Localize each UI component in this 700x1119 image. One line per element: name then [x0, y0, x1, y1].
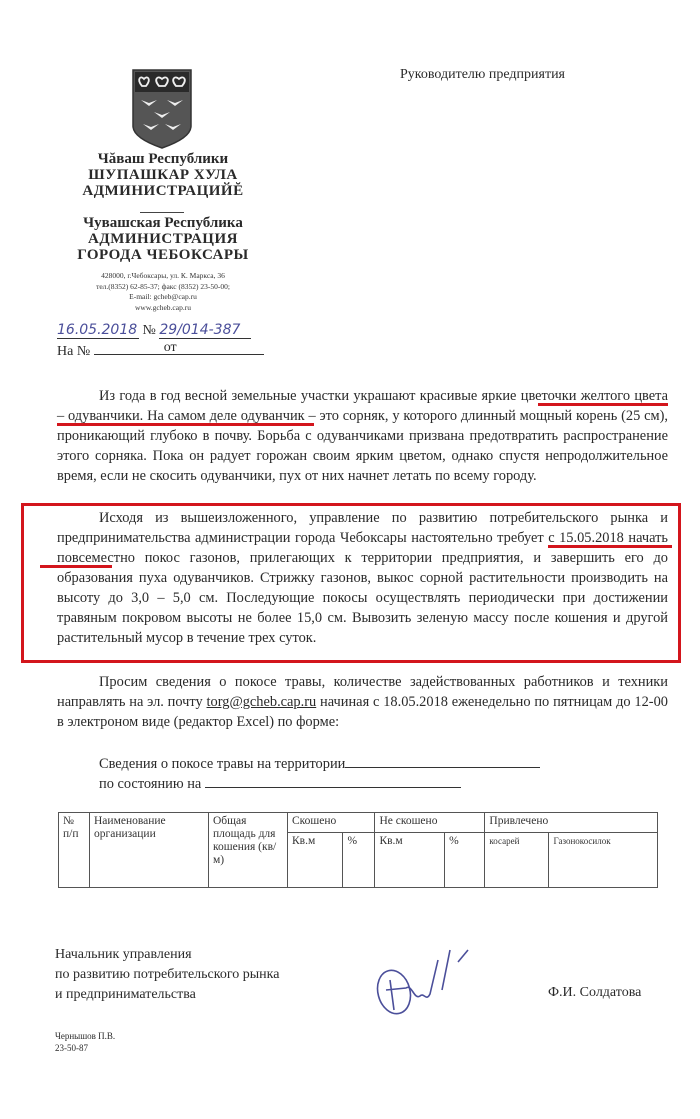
highlight-underline [57, 423, 314, 426]
sub-sqm: Кв.м [288, 833, 343, 888]
header-divider [140, 212, 184, 213]
paragraph-3: Просим сведения о покосе травы, количест… [57, 672, 668, 732]
address: 428000, г.Чебоксары, ул. К. Маркса, 36 [60, 271, 266, 282]
executor: Чернышов П.В. 23-50-87 [55, 1030, 115, 1054]
russian-republic: Чувашская Республика [40, 216, 286, 232]
territory-label: Сведения о покосе травы на территории [99, 756, 345, 772]
signatory-title: Начальник управления по развитию потреби… [55, 945, 279, 1005]
executor-phone: 23-50-87 [55, 1042, 115, 1054]
chuvash-admin: АДМИНИСТРАЦИЙĔ [40, 184, 286, 200]
email: E-mail: gcheb@cap.ru [60, 292, 266, 303]
sub-mowers: косарей [485, 833, 549, 888]
paragraph-2: Исходя из вышеизложенного, управление по… [57, 508, 668, 648]
sub-sqm: Кв.м [375, 833, 445, 888]
p2-highlight: настоятельно требует [411, 530, 543, 546]
registration-line: 16.05.2018 № 29/014-387 [57, 322, 251, 339]
form-line-date: по состоянию на [99, 773, 461, 793]
title-line-2: по развитию потребительского рынка [55, 965, 279, 985]
executor-name: Чернышов П.В. [55, 1030, 115, 1042]
title-line-3: и предпринимательства [55, 985, 279, 1005]
email-link[interactable]: torg@gcheb.cap.ru [207, 694, 317, 710]
letterhead-contacts: 428000, г.Чебоксары, ул. К. Маркса, 36 т… [60, 271, 266, 313]
p1-text-end: . На самом деле одуванчик – это сорняк, … [57, 408, 668, 484]
number-label: № [143, 323, 156, 338]
col-involved: Привлечено [485, 813, 658, 833]
sub-pct: % [445, 833, 485, 888]
col-not-mowed: Не скошено [375, 813, 485, 833]
coat-of-arms-icon [131, 68, 193, 150]
col-area: Общая площадь для кошения (кв/м) [209, 813, 288, 888]
chuvash-republic: Чăваш Республики [40, 152, 286, 168]
phone: тел.(8352) 62-85-37; факс (8352) 23-50-0… [60, 282, 266, 293]
recipient: Руководителю предприятия [400, 67, 565, 83]
ref-label: На № [57, 344, 90, 359]
russian-admin: АДМИНИСТРАЦИЯ [40, 232, 286, 248]
handwritten-signature-icon [372, 940, 472, 1025]
russian-city: ГОРОДА ЧЕБОКСАРЫ [40, 248, 286, 264]
mowing-report-table: № п/п Наименование организации Общая пло… [58, 812, 658, 888]
signatory-name: Ф.И. Солдатова [548, 985, 641, 1001]
letterhead-russian: Чувашская Республика АДМИНИСТРАЦИЯ ГОРОД… [40, 216, 286, 263]
col-num: № п/п [59, 813, 90, 888]
letterhead-chuvash: Чăваш Республики ШУПАШКАР ХУЛА АДМИНИСТР… [40, 152, 286, 199]
as-of-label: по состоянию на [99, 776, 201, 792]
sub-lawnmowers: Газонокосилок [549, 833, 658, 888]
registration-number: 29/014-387 [159, 322, 251, 339]
form-line-territory: Сведения о покосе травы на территории [99, 753, 540, 773]
website: www.gcheb.cap.ru [60, 303, 266, 314]
from-label: от [164, 340, 177, 356]
col-org: Наименование организации [90, 813, 209, 888]
reference-line: На № от [57, 340, 264, 360]
registration-date: 16.05.2018 [57, 322, 139, 339]
chuvash-city: ШУПАШКАР ХУЛА [40, 168, 286, 184]
p1-text-start: Из года в год весной земельные участки у… [99, 388, 420, 404]
title-line-1: Начальник управления [55, 945, 279, 965]
highlight-underline [40, 565, 112, 568]
col-mowed: Скошено [288, 813, 375, 833]
sub-pct: % [343, 833, 375, 888]
highlight-underline [548, 545, 672, 548]
highlight-underline [538, 403, 668, 406]
paragraph-1: Из года в год весной земельные участки у… [57, 386, 668, 486]
